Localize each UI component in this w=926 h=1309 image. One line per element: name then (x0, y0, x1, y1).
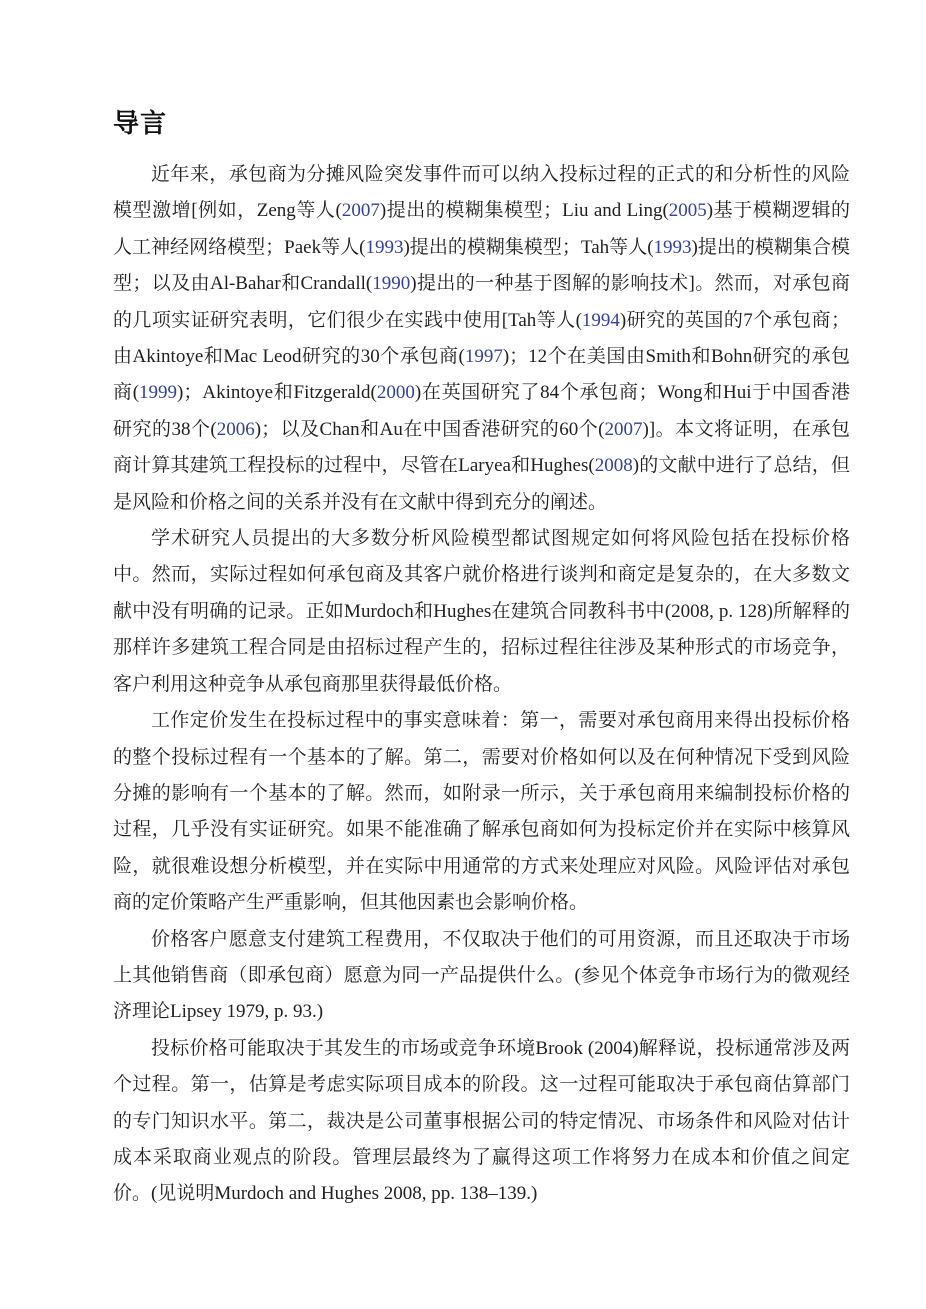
paragraph: 近年来，承包商为分摊风险突发事件而可以纳入投标过程的正式的和分析性的风险模型激增… (113, 157, 850, 521)
citation-year-link[interactable]: 2006 (217, 419, 255, 440)
citation-year-link[interactable]: 1997 (465, 346, 503, 367)
text-run: 价格客户愿意支付建筑工程费用，不仅取决于他们的可用资源，而且还取决于市场上其他销… (113, 929, 850, 1023)
citation-year-link[interactable]: 2005 (669, 200, 707, 221)
document-content: 导言 近年来，承包商为分摊风险突发事件而可以纳入投标过程的正式的和分析性的风险模… (113, 106, 850, 1213)
text-run: )提出的模糊集模型；Tah等人( (403, 237, 653, 258)
text-run: )；以及Chan和Au在中国香港研究的60个( (255, 419, 605, 440)
text-run: 投标价格可能取决于其发生的市场或竞争环境Brook (2004)解释说，投标通常… (113, 1038, 850, 1205)
citation-year-link[interactable]: 2007 (605, 419, 643, 440)
paragraph: 学术研究人员提出的大多数分析风险模型都试图规定如何将风险包括在投标价格中。然而，… (113, 521, 850, 703)
citation-year-link[interactable]: 2007 (342, 200, 380, 221)
citation-year-link[interactable]: 1993 (654, 237, 692, 258)
text-run: )提出的模糊集模型；Liu and Ling( (380, 200, 669, 221)
text-run: )；Akintoye和Fitzgerald( (177, 382, 377, 403)
paragraph: 价格客户愿意支付建筑工程费用，不仅取决于他们的可用资源，而且还取决于市场上其他销… (113, 922, 850, 1031)
text-run: 工作定价发生在投标过程中的事实意味着：第一，需要对承包商用来得出投标价格的整个投… (113, 710, 850, 913)
paragraph: 工作定价发生在投标过程中的事实意味着：第一，需要对承包商用来得出投标价格的整个投… (113, 703, 850, 921)
document-body: 近年来，承包商为分摊风险突发事件而可以纳入投标过程的正式的和分析性的风险模型激增… (113, 157, 850, 1213)
paragraph: 投标价格可能取决于其发生的市场或竞争环境Brook (2004)解释说，投标通常… (113, 1031, 850, 1213)
citation-year-link[interactable]: 1990 (372, 273, 410, 294)
page-title: 导言 (113, 106, 850, 142)
citation-year-link[interactable]: 1994 (582, 310, 620, 331)
citation-year-link[interactable]: 2008 (595, 455, 633, 476)
citation-year-link[interactable]: 2000 (377, 382, 415, 403)
citation-year-link[interactable]: 1993 (365, 237, 403, 258)
document-page: 导言 近年来，承包商为分摊风险突发事件而可以纳入投标过程的正式的和分析性的风险模… (0, 0, 926, 1309)
citation-year-link[interactable]: 1999 (139, 382, 177, 403)
text-run: 学术研究人员提出的大多数分析风险模型都试图规定如何将风险包括在投标价格中。然而，… (113, 528, 850, 695)
